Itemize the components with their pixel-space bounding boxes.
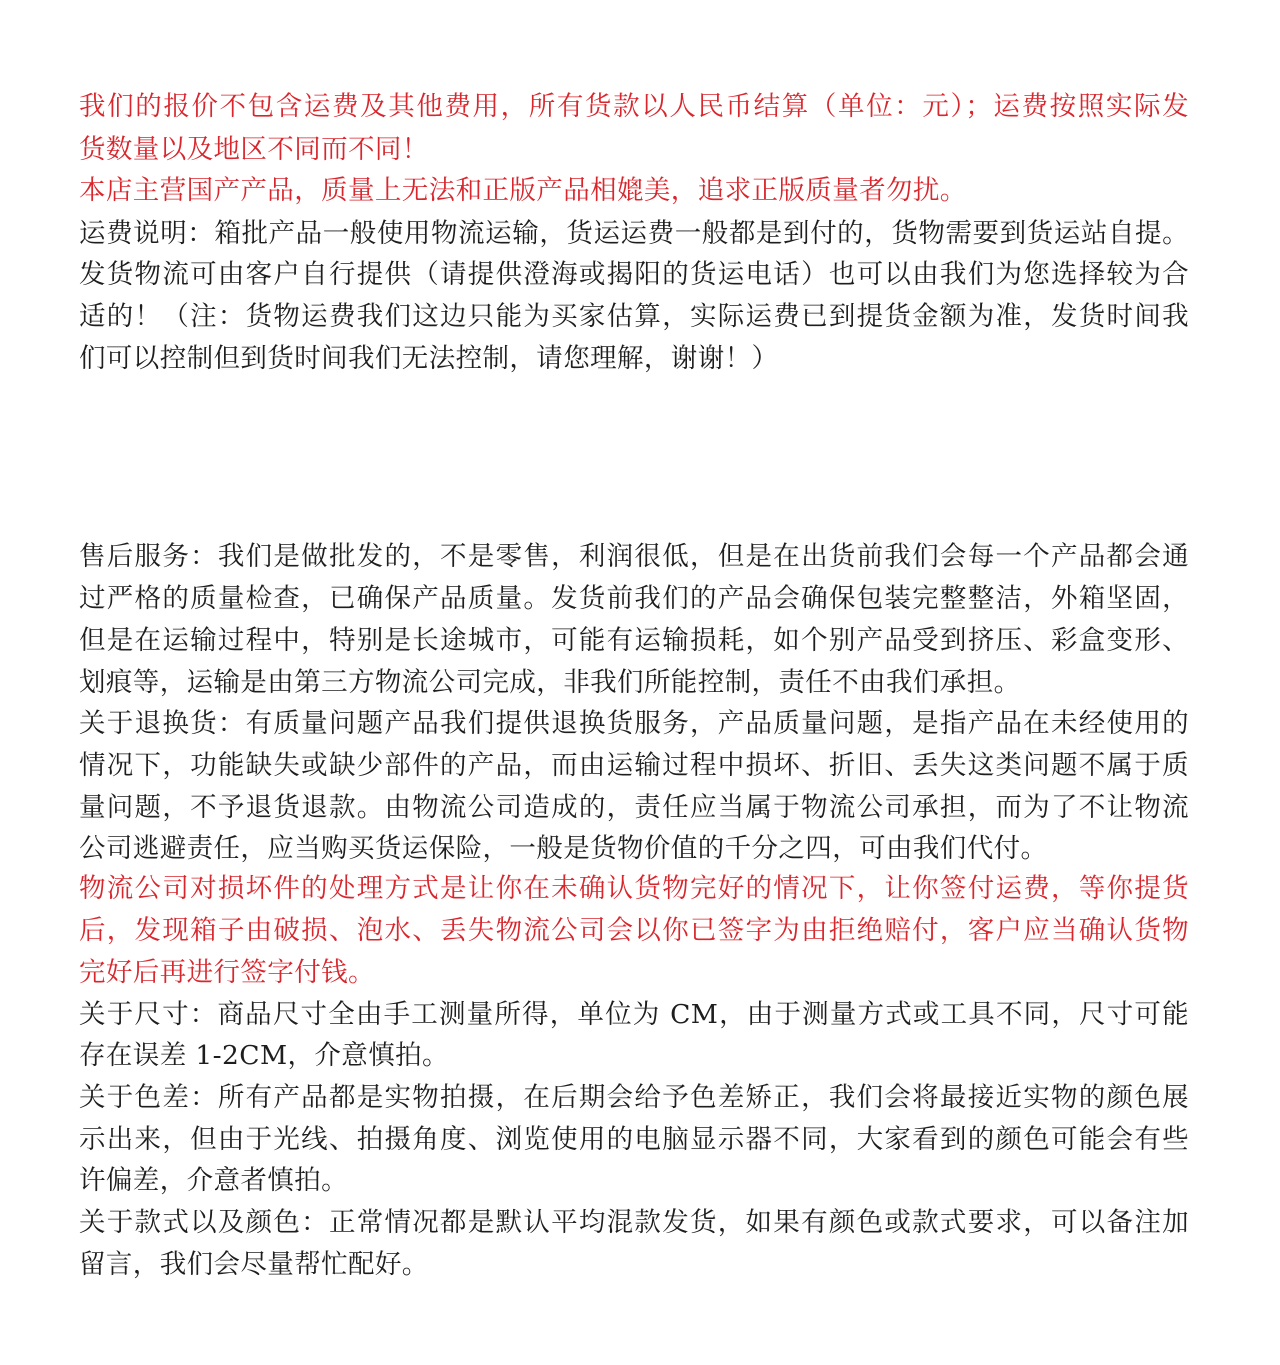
returns-line-2: 情况下，功能缺失或缺少部件的产品，而由运输过程中损坏、折旧、丢失这类问题不属于质 [79, 746, 1189, 786]
color-diff-line-3: 许偏差，介意者慎拍。 [79, 1161, 1189, 1201]
shipping-line-3: 适的！（注：货物运费我们这边只能为买家估算，实际运费已到提货金额为准，发货时间我 [79, 297, 1189, 337]
pricing-line-2: 货数量以及地区不同而不同！ [79, 130, 1189, 170]
shipping-line-2: 发货物流可由客户自行提供（请提供澄海或揭阳的货运电话）也可以由我们为您选择较为合 [79, 255, 1189, 295]
quality-notice-line: 本店主营国产产品，质量上无法和正版产品相媲美，追求正版质量者勿扰。 [79, 171, 1189, 211]
style-color-line-2: 留言，我们会尽量帮忙配好。 [79, 1245, 1189, 1285]
size-line-2: 存在误差 1-2CM，介意慎拍。 [79, 1036, 1189, 1076]
style-color-line-1: 关于款式以及颜色：正常情况都是默认平均混款发货，如果有颜色或款式要求，可以备注加 [79, 1203, 1189, 1243]
after-sales-line-2: 过严格的质量检查，已确保产品质量。发货前我们的产品会确保包装完整整洁，外箱坚固， [79, 579, 1189, 619]
after-sales-line-1: 售后服务：我们是做批发的，不是零售，利润很低，但是在出货前我们会每一个产品都会通 [79, 537, 1189, 577]
logistics-warning-line-3: 完好后再进行签字付钱。 [79, 953, 1189, 993]
returns-line-3: 量问题，不予退货退款。由物流公司造成的，责任应当属于物流公司承担，而为了不让物流 [79, 788, 1189, 828]
size-line-1: 关于尺寸：商品尺寸全由手工测量所得，单位为 CM，由于测量方式或工具不同，尺寸可… [79, 995, 1189, 1035]
logistics-warning-line-2: 后，发现箱子由破损、泡水、丢失物流公司会以你已签字为由拒绝赔付，客户应当确认货物 [79, 911, 1189, 951]
notice-document: 我们的报价不包含运费及其他费用，所有货款以人民币结算（单位：元）；运费按照实际发… [0, 0, 1280, 1365]
shipping-line-1: 运费说明：箱批产品一般使用物流运输，货运运费一般都是到付的，货物需要到货运站自提… [79, 214, 1189, 254]
returns-line-4: 公司逃避责任，应当购买货运保险，一般是货物价值的千分之四，可由我们代付。 [79, 829, 1189, 869]
after-sales-line-3: 但是在运输过程中，特别是长途城市，可能有运输损耗，如个别产品受到挤压、彩盒变形、 [79, 621, 1189, 661]
color-diff-line-2: 示出来，但由于光线、拍摄角度、浏览使用的电脑显示器不同，大家看到的颜色可能会有些 [79, 1120, 1189, 1160]
color-diff-line-1: 关于色差：所有产品都是实物拍摄，在后期会给予色差矫正，我们会将最接近实物的颜色展 [79, 1078, 1189, 1118]
pricing-line-1: 我们的报价不包含运费及其他费用，所有货款以人民币结算（单位：元）；运费按照实际发 [79, 87, 1189, 127]
shipping-line-4: 们可以控制但到货时间我们无法控制，请您理解，谢谢！） [79, 339, 1189, 379]
after-sales-line-4: 划痕等，运输是由第三方物流公司完成，非我们所能控制，责任不由我们承担。 [79, 663, 1189, 703]
returns-line-1: 关于退换货：有质量问题产品我们提供退换货服务，产品质量问题，是指产品在未经使用的 [79, 704, 1189, 744]
logistics-warning-line-1: 物流公司对损坏件的处理方式是让你在未确认货物完好的情况下，让你签付运费，等你提货 [79, 869, 1189, 909]
